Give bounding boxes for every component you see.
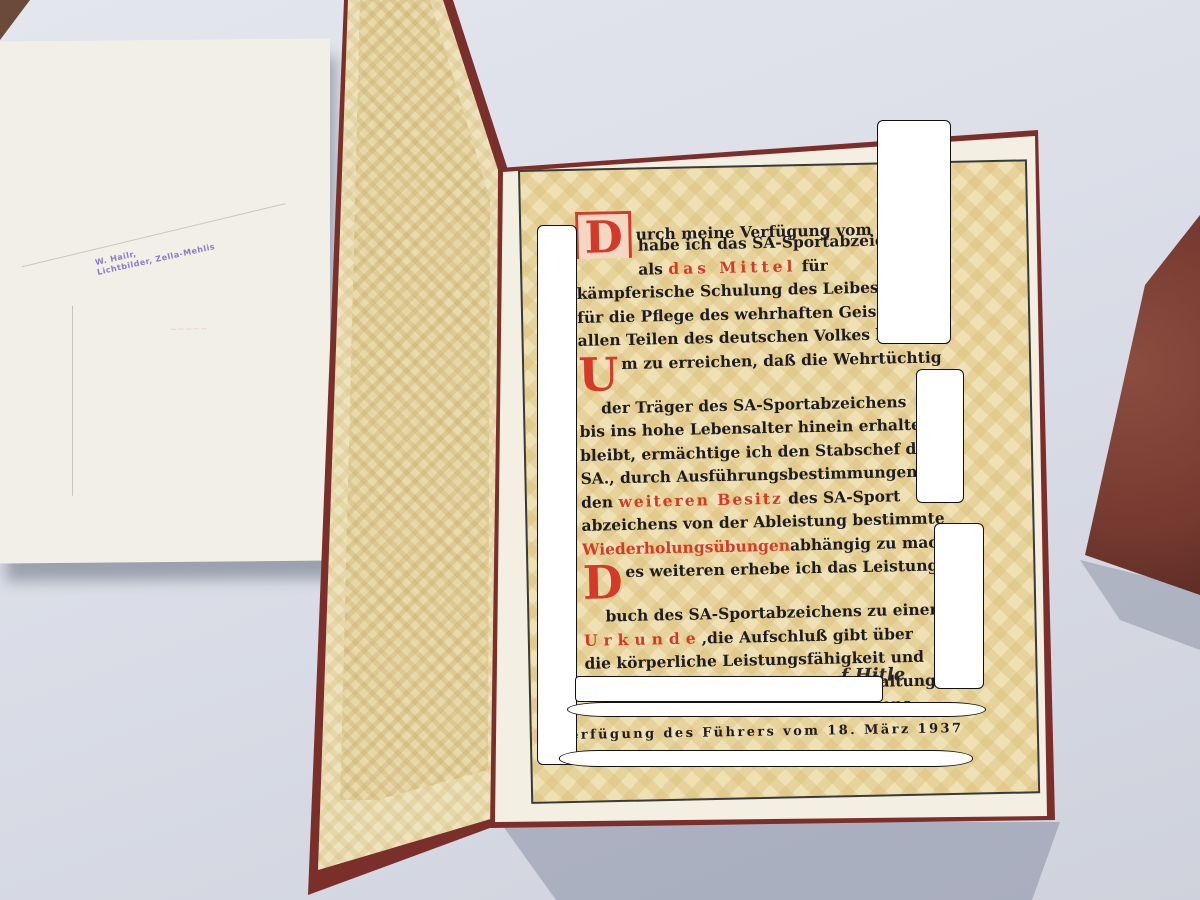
- booklet-shadow: [500, 822, 1060, 900]
- redaction-band: [567, 702, 986, 717]
- emphasis-red: das Mittel: [668, 256, 796, 278]
- brown-book-cover: [1085, 215, 1200, 595]
- faint-red-stamp: ~~~~~: [170, 325, 208, 335]
- photo-card-back: W. Hailr, Lichtbilder, Zella-Mehlis ~~~~…: [0, 39, 330, 564]
- redaction-box: [877, 120, 951, 344]
- emphasis-red: Urkunde: [584, 628, 702, 649]
- brown-object-corner: [0, 0, 30, 40]
- photographer-stamp: W. Hailr, Lichtbilder, Zella-Mehlis: [94, 232, 216, 278]
- text-line: Um zu erreichen, daß die Wehrtüchtig: [578, 345, 949, 397]
- red-initial: D: [582, 560, 623, 605]
- redaction-box: [916, 369, 964, 503]
- text-line: Des weiteren erhebe ich das Leistungs-: [582, 553, 953, 605]
- photo-card-divider-line: [72, 306, 73, 496]
- illuminated-initial: D: [575, 211, 632, 259]
- red-initial: U: [578, 352, 619, 397]
- redaction-band: [559, 750, 973, 767]
- redaction-box: [934, 523, 984, 689]
- redaction-box: [575, 676, 883, 702]
- redaction-box: [537, 225, 577, 765]
- emphasis-red: weiteren Besitz: [618, 488, 783, 510]
- emphasis-red: Wiederholungsübungen: [582, 535, 790, 558]
